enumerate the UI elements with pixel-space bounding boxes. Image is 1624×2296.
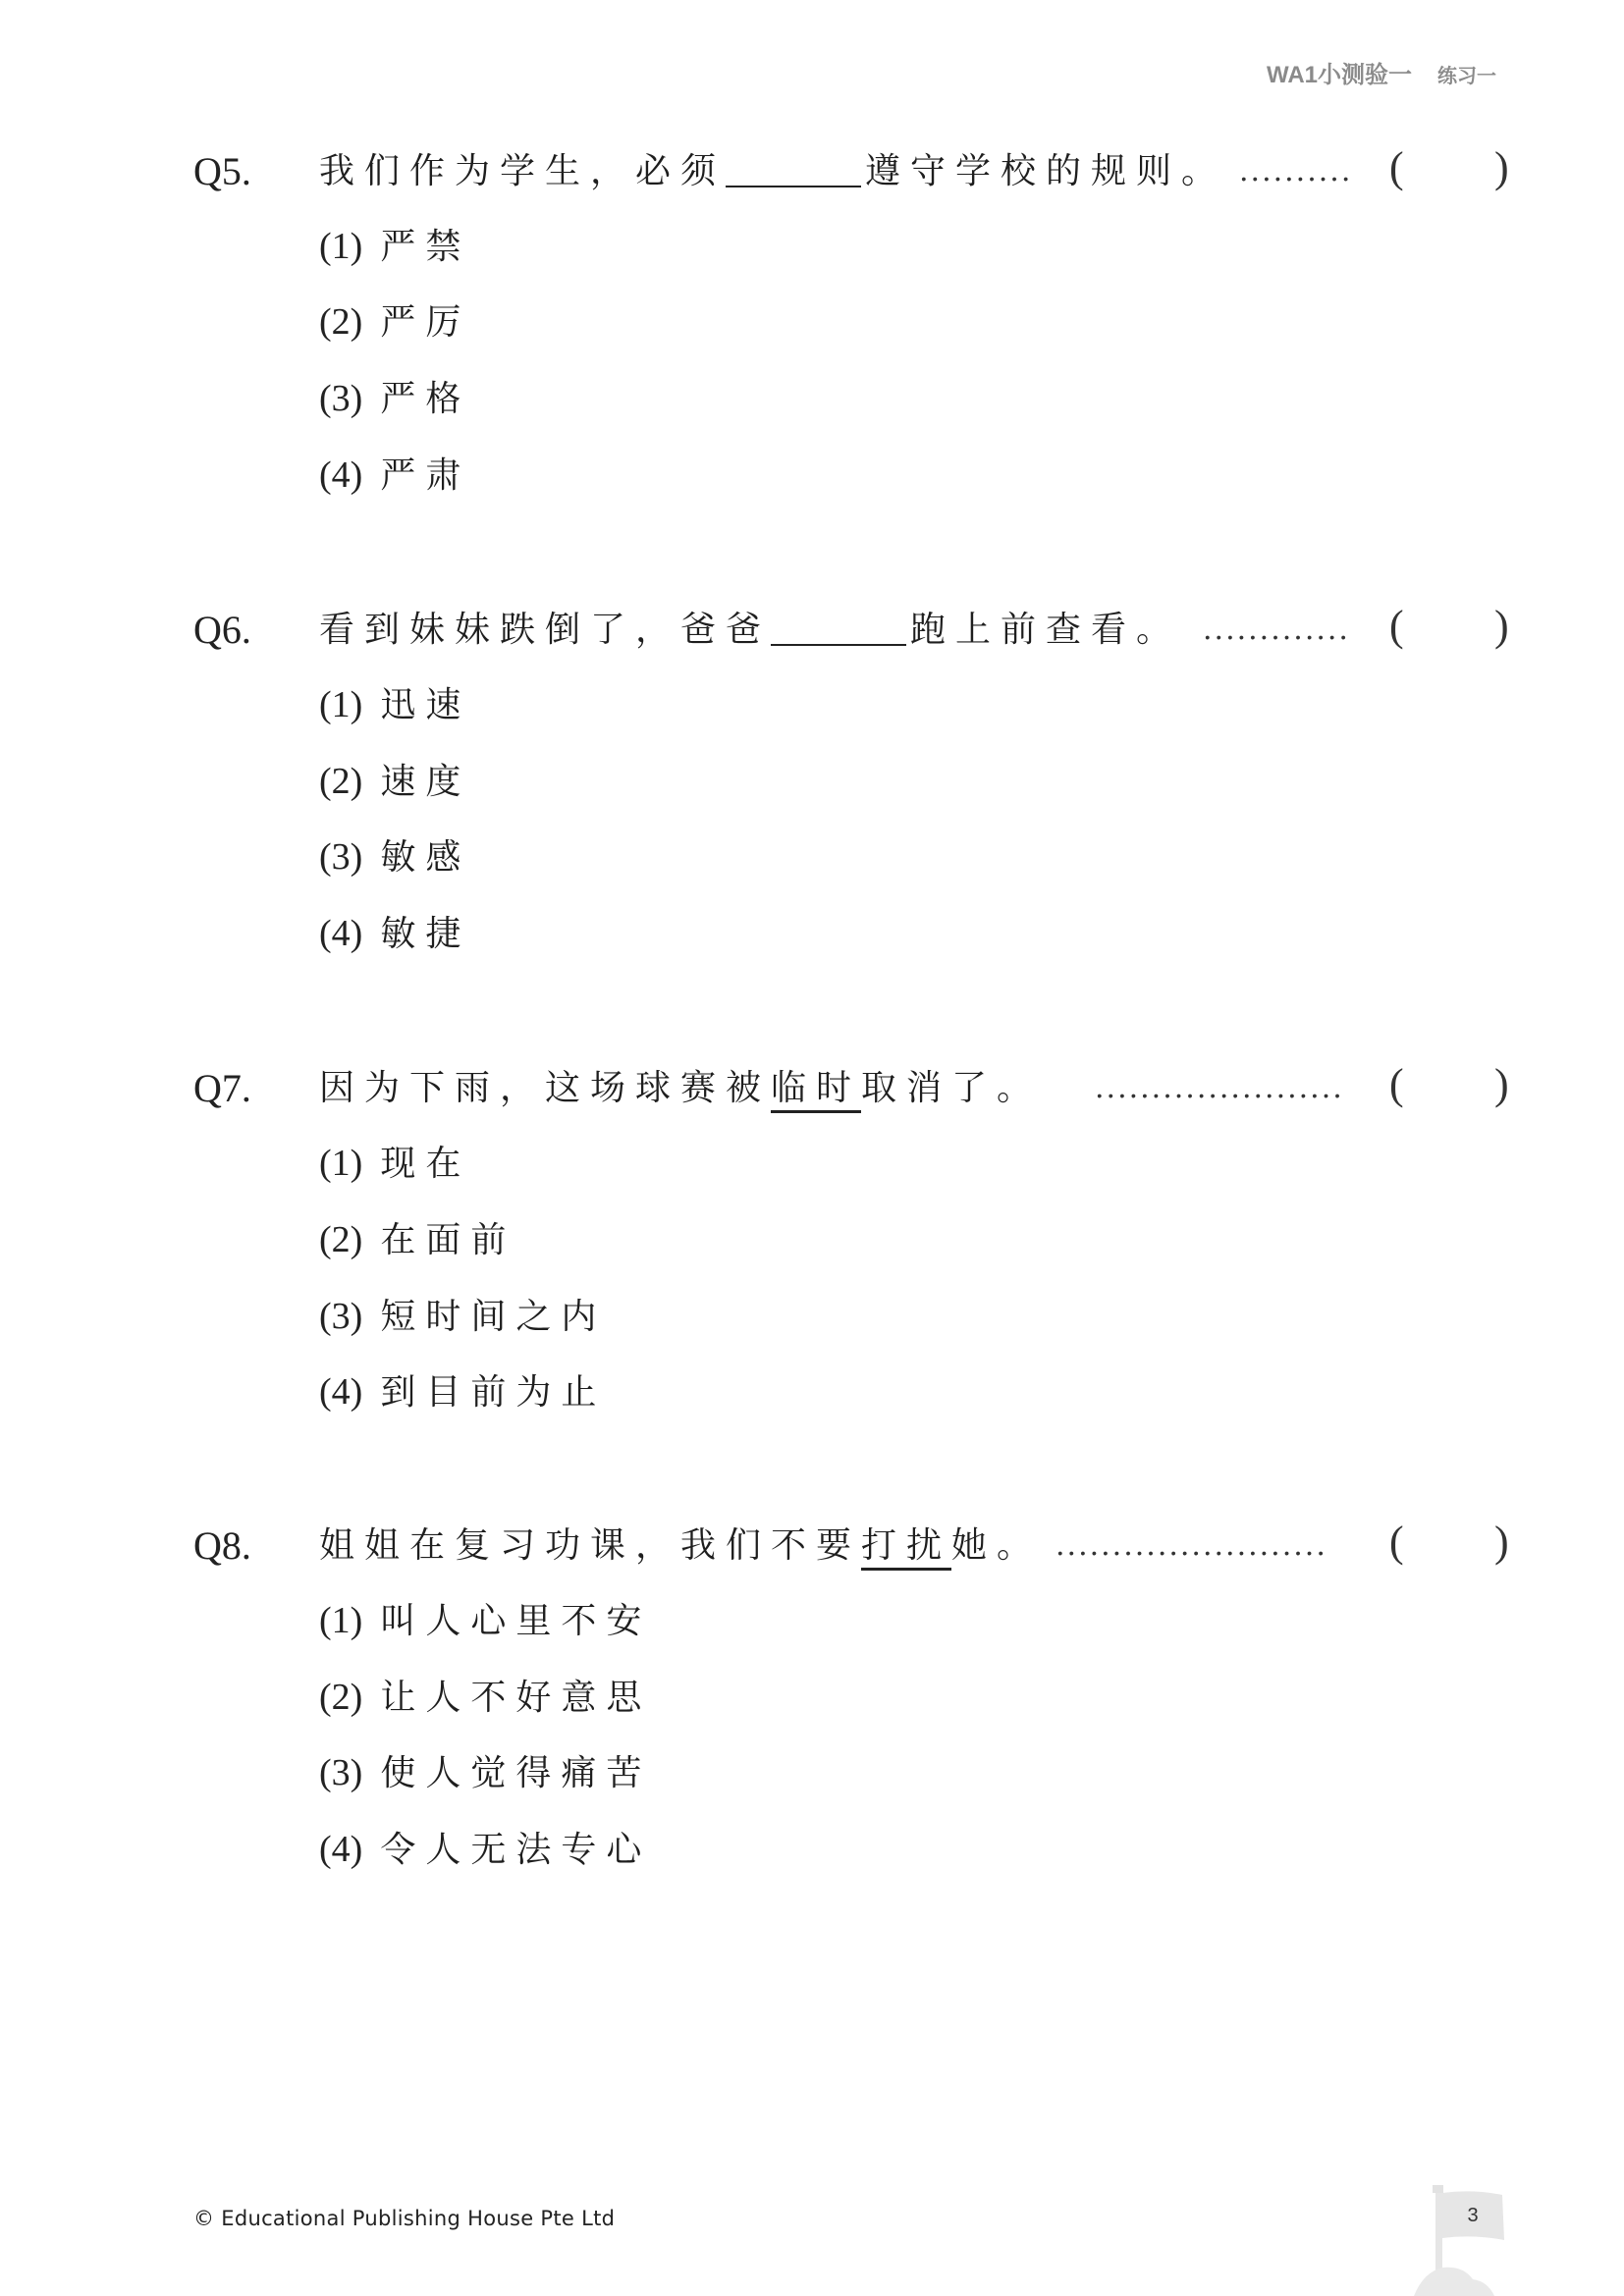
page-number: 3 [1463,2205,1483,2227]
answer-blank [726,142,861,187]
answer-blank [771,601,906,646]
option-item: (2)在面前 [319,1212,515,1268]
option-item: (4)令人无法专心 [319,1822,651,1878]
page-header: WA1小测验一练习一 [1267,55,1496,89]
option-item: (2)速度 [319,754,470,810]
answer-bracket-close: ) [1494,1513,1509,1572]
answer-bracket-close: ) [1494,1055,1509,1114]
option-item: (3)短时间之内 [319,1289,606,1345]
question-text: 姐姐在复习功课，我们不要打扰她。 [319,1517,1042,1575]
question-q6: Q6. 看到妹妹跌倒了，爸爸跑上前查看。 ............. ( ) [193,601,1509,660]
answer-bracket-open: ( [1389,138,1404,197]
question-q7: Q7. 因为下雨，这场球赛被临时取消了。 ...................… [193,1059,1509,1118]
question-number: Q7. [193,1059,251,1118]
option-item: (3)严格 [319,371,470,427]
answer-bracket-close: ) [1494,138,1509,197]
question-q5: Q5. 我们作为学生，必须遵守学校的规则。 .......... ( ) [193,142,1509,201]
option-item: (1)迅速 [319,677,470,733]
question-number: Q6. [193,601,251,660]
option-item: (1)严禁 [319,219,470,275]
answer-bracket-close: ) [1494,597,1509,656]
option-item: (4)到目前为止 [319,1364,606,1420]
dotted-leader: ............. [1203,601,1350,660]
copyright-footer: © Educational Publishing House Pte Ltd [193,2207,615,2230]
answer-bracket-open: ( [1389,597,1404,656]
option-item: (4)严肃 [319,448,470,504]
question-text: 因为下雨，这场球赛被临时取消了。 [319,1059,1042,1118]
question-text: 我们作为学生，必须遵守学校的规则。 [319,142,1226,201]
dotted-leader: ........................ [1056,1517,1327,1575]
header-title: WA1小测验一 [1267,62,1412,88]
underlined-word: 临时 [771,1068,861,1113]
header-subtitle: 练习一 [1437,66,1496,87]
option-item: (2)严厉 [319,294,470,350]
option-item: (1)现在 [319,1136,470,1192]
question-number: Q5. [193,142,251,201]
question-number: Q8. [193,1517,251,1575]
option-item: (3)使人觉得痛苦 [319,1745,651,1801]
question-text: 看到妹妹跌倒了，爸爸跑上前查看。 [319,601,1181,660]
dotted-leader: ...................... [1095,1059,1344,1118]
answer-bracket-open: ( [1389,1513,1404,1572]
flag-icon [1414,2183,1522,2296]
dotted-leader: .......... [1239,142,1352,201]
option-item: (4)敏捷 [319,906,470,962]
underlined-word: 打扰 [861,1525,951,1571]
option-item: (2)让人不好意思 [319,1670,651,1726]
option-item: (3)敏感 [319,829,470,885]
answer-bracket-open: ( [1389,1055,1404,1114]
option-item: (1)叫人心里不安 [319,1593,651,1649]
question-q8: Q8. 姐姐在复习功课，我们不要打扰她。 ...................… [193,1517,1509,1575]
